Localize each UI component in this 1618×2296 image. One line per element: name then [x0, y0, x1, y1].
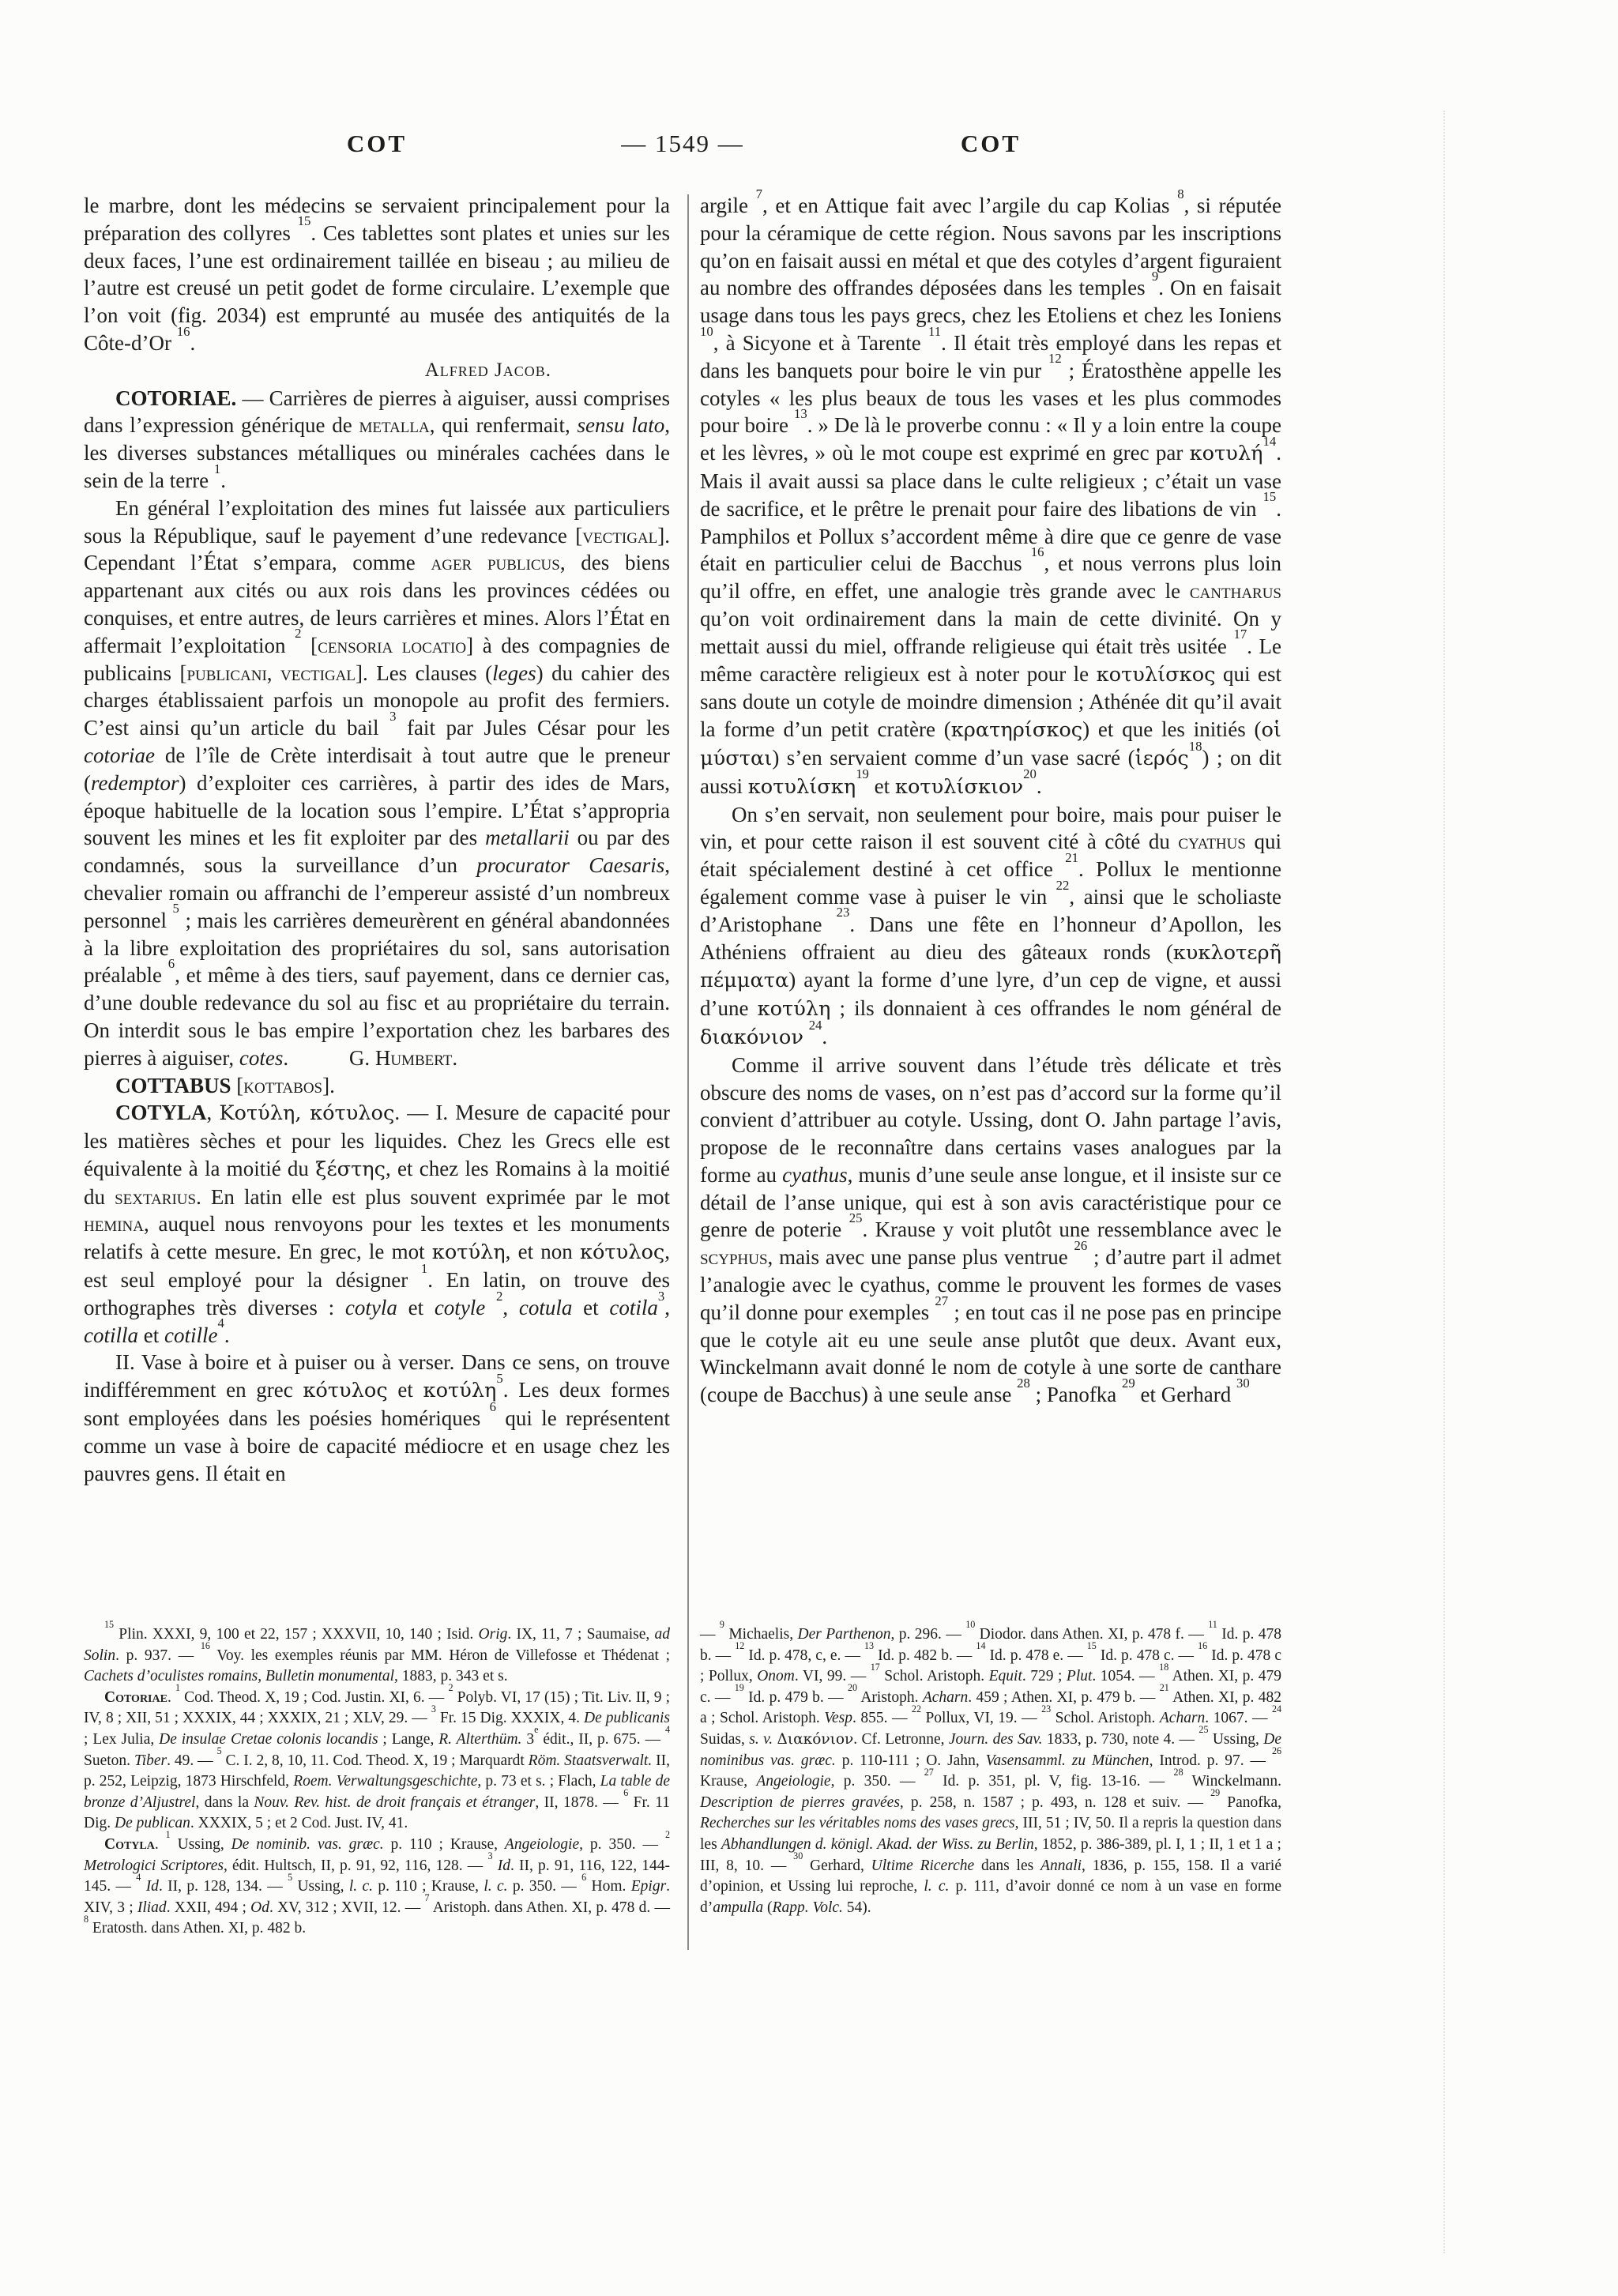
text-segment: Plin. XXXI, 9, 100 et 22, 157 ; XXXVII, … — [114, 1626, 478, 1643]
paragraph: COTTABUS [kottabos]. — [84, 1072, 670, 1100]
text-segment: , Introd. p. 97. — — [1150, 1752, 1272, 1769]
footnote-reference: 1 — [175, 1682, 180, 1693]
text-segment: 54). — [843, 1899, 871, 1916]
text-segment: publicani, vectigal — [186, 661, 356, 685]
text-segment: ( — [763, 1899, 772, 1916]
text-segment: . Krause y voit plutôt une ressemblance … — [862, 1218, 1281, 1241]
footnote-reference: 4 — [136, 1872, 141, 1883]
text-segment: Ussing, — [292, 1878, 349, 1895]
text-segment: , — [664, 1296, 670, 1319]
footnote-reference: 9 — [1152, 269, 1158, 284]
text-segment: Metrologici Scriptores — [84, 1858, 224, 1874]
text-segment: . p. 937. — — [115, 1647, 201, 1664]
text-segment: cyathus — [1178, 830, 1246, 853]
text-segment: κοτύλη — [423, 1379, 497, 1402]
text-segment: , et en Attique fait avec l’argile du ca… — [762, 194, 1177, 217]
text-segment: , p. 73 et s. ; Flach, — [477, 1773, 600, 1790]
text-segment: leges — [492, 661, 536, 685]
text-segment: Ultime Ricerche — [871, 1858, 974, 1874]
text-segment: qu’on voit ordinairement dans la main de… — [700, 607, 1281, 658]
text-segment: De publican — [115, 1815, 190, 1831]
text-segment: Winckelmann. — [1183, 1773, 1281, 1790]
text-segment: Aristoph. dans Athen. XI, p. 478 d. — — [430, 1899, 670, 1916]
footnote-reference: 24 — [809, 1018, 822, 1033]
footnote-reference: 6 — [168, 956, 175, 971]
text-segment: Annali — [1040, 1858, 1082, 1874]
footnote-reference: 21 — [1065, 850, 1078, 865]
text-segment: . XV, 312 ; XVII, 12. — — [269, 1899, 425, 1916]
text-segment: Cod. Theod. X, 19 ; Cod. Justin. XI, 6. … — [180, 1689, 448, 1706]
footnote-reference: 10 — [700, 324, 713, 339]
text-segment: Onom — [757, 1668, 795, 1684]
text-segment: Angeiologie — [756, 1773, 830, 1790]
text-segment: . 855. — — [852, 1710, 912, 1726]
paragraph: II. Vase à boire et à puiser ou à verser… — [84, 1349, 670, 1487]
footnote-reference: 10 — [965, 1619, 975, 1630]
text-segment: Alfred Jacob. — [425, 359, 551, 381]
footnote-reference: 15 — [298, 213, 311, 228]
text-segment: Od — [250, 1899, 269, 1916]
text-segment: ]. Les clauses ( — [356, 661, 492, 685]
text-segment: κοτυλή — [1190, 442, 1263, 465]
text-segment: R. Alterthüm. — [438, 1731, 521, 1748]
footnote-reference: 1 — [214, 461, 220, 476]
running-head-right: COT — [700, 130, 1281, 158]
right-footnotes: — 9 Michaelis, Der Parthenon, p. 296. — … — [700, 1624, 1281, 1918]
footnote-reference: e — [534, 1724, 538, 1735]
text-segment: , et non — [506, 1240, 580, 1263]
text-segment: G. — [349, 1046, 375, 1070]
text-segment: p. 110 ; Krause, — [384, 1836, 505, 1853]
text-segment: vectigal — [582, 524, 657, 548]
text-segment: , p. 350. — — [831, 1773, 924, 1790]
text-segment: . 1054. — — [1092, 1668, 1159, 1684]
text-segment: ) s’en servaient comme d’un vase sacré ( — [772, 746, 1134, 770]
text-segment: Id. p. 351, pl. V, fig. 13-16. — — [934, 1773, 1174, 1790]
text-segment: . XXXIX, 5 ; et 2 Cod. Just. IV, 41. — [190, 1815, 408, 1831]
text-segment: Bulletin monumental — [265, 1668, 394, 1684]
footnote-reference: 13 — [864, 1640, 874, 1651]
footnote-reference: 5 — [173, 901, 179, 916]
footnote-reference: 11 — [1208, 1619, 1217, 1630]
text-segment: metalla — [359, 413, 429, 437]
text-segment: ; Lex Julia, — [84, 1731, 159, 1748]
text-segment: . 459 ; Athen. XI, p. 479 b. — — [968, 1689, 1160, 1706]
footnote-reference: 20 — [848, 1682, 857, 1693]
text-segment: , mais avec une panse plus ventrue — [768, 1245, 1074, 1269]
footnote-reference: 28 — [1174, 1767, 1183, 1778]
text-segment: Tiber — [134, 1752, 167, 1769]
footnote-reference: 7 — [425, 1892, 430, 1903]
text-segment: Id. p. 479 b. — — [744, 1689, 848, 1706]
text-segment: cantharus — [1190, 579, 1281, 603]
footnote-reference: 6 — [581, 1872, 586, 1883]
text-segment: cotyle — [435, 1296, 485, 1319]
footnote-reference: 29 — [1122, 1376, 1135, 1391]
footnote-reference: 24 — [1272, 1703, 1281, 1714]
text-segment: ) et que les initiés ( — [1082, 717, 1261, 741]
footnote-reference: 30 — [793, 1850, 803, 1861]
footnote-reference: 17 — [1233, 627, 1247, 642]
footnote-reference: 23 — [837, 905, 850, 920]
text-segment: . — [155, 1836, 166, 1853]
text-segment: κοτύλη — [432, 1240, 506, 1264]
text-segment: κότυλος — [303, 1379, 387, 1402]
footnote-reference: 3 — [389, 709, 396, 724]
text-segment: , — [258, 1668, 265, 1684]
paragraph: 15 Plin. XXXI, 9, 100 et 22, 157 ; XXXVI… — [84, 1624, 670, 1688]
text-segment: Pollux, VI, 19. — — [921, 1710, 1041, 1726]
text-segment: Röm. Staatsverwalt. — [529, 1752, 653, 1769]
text-segment: , — [207, 1101, 220, 1124]
paragraph: COTYLA, Κοτύλη, κότυλος. — I. Mesure de … — [84, 1099, 670, 1349]
text-segment: argile — [700, 194, 756, 217]
text-segment: Id. p. 482 b. — — [874, 1647, 976, 1664]
text-segment: . — [283, 1046, 294, 1070]
footnote-reference: 12 — [1048, 351, 1062, 366]
text-segment: , II, 1878. — — [535, 1794, 623, 1811]
text-segment: . II, p. 128, 134. — — [159, 1878, 288, 1895]
text-segment: ; Panofka — [1030, 1383, 1122, 1406]
text-segment: ; Lange, — [378, 1731, 439, 1748]
text-segment: Διακόνιον — [777, 1731, 854, 1748]
paragraph: — 9 Michaelis, Der Parthenon, p. 296. — … — [700, 1624, 1281, 1918]
text-segment: cotille — [164, 1323, 217, 1347]
text-segment: et Gerhard — [1135, 1383, 1236, 1406]
text-segment: Journ. des Sav. — [949, 1731, 1043, 1748]
footnote-reference: 16 — [177, 324, 190, 339]
text-segment: édit., II, p. 675. — — [538, 1731, 664, 1748]
footnote-reference: 9 — [720, 1619, 724, 1630]
text-segment: κότυλος — [580, 1240, 664, 1264]
text-segment: cotoriae — [84, 743, 155, 767]
text-segment: Cachets d’oculistes romains — [84, 1668, 258, 1684]
text-segment: Krause, — [700, 1773, 756, 1790]
text-segment: Schol. Aristoph. — [1051, 1710, 1160, 1726]
text-segment: Schol. Aristoph. — [880, 1668, 989, 1684]
text-segment: p. 110-111 ; O. Jahn, — [836, 1752, 986, 1769]
text-segment: Nouv. Rev. hist. de droit français et ét… — [254, 1794, 535, 1811]
footnote-reference: 1 — [166, 1829, 171, 1840]
footnote-reference: 7 — [756, 186, 762, 201]
text-segment: l. c. — [349, 1878, 373, 1895]
text-segment: redemptor — [91, 771, 179, 795]
text-segment: Suidas, — [700, 1731, 749, 1748]
text-segment: cotes — [239, 1046, 283, 1070]
text-segment: Id. p. 478 e. — — [986, 1647, 1087, 1664]
text-segment: , à Sicyone et à Tarente — [713, 331, 928, 355]
text-segment: Angeiologie — [505, 1836, 579, 1853]
footnote-reference: 14 — [1263, 434, 1277, 449]
text-segment: κοτυλίσκη — [748, 775, 856, 799]
footnote-reference: 27 — [935, 1293, 948, 1308]
text-segment: s. v. — [749, 1731, 773, 1748]
text-segment: . — [822, 1025, 827, 1048]
footnote-reference: 22 — [912, 1703, 921, 1714]
paragraph: Cotyla. 1 Ussing, De nominib. vas. græc.… — [84, 1835, 670, 1940]
text-segment: Humbert — [375, 1046, 453, 1070]
footnote-reference: 11 — [928, 324, 941, 339]
footnote-reference: 2 — [496, 1289, 502, 1304]
text-segment: Vesp — [824, 1710, 852, 1726]
text-segment: Hom. — [586, 1878, 631, 1895]
text-segment: Gerhard, — [803, 1858, 871, 1874]
text-segment: Acharn — [923, 1689, 968, 1706]
text-segment: et — [397, 1296, 435, 1319]
footnote-reference: 5 — [496, 1371, 502, 1386]
footnote-reference: 6 — [623, 1787, 628, 1798]
footnote-reference: 16 — [1198, 1640, 1207, 1651]
footnote-reference: 30 — [1236, 1376, 1250, 1391]
text-segment: . — [220, 469, 226, 492]
text-segment: ἱερός — [1135, 747, 1189, 770]
text-segment: [ — [231, 1074, 244, 1097]
text-segment: Roem. Verwaltungsgeschichte — [293, 1773, 477, 1790]
text-segment: , qui renfermait, — [430, 413, 578, 437]
text-segment: ampulla — [713, 1899, 763, 1916]
text-segment: et — [572, 1296, 609, 1319]
text-segment: . Cf. Letronne, — [853, 1731, 949, 1748]
footnote-reference: 13 — [794, 406, 807, 421]
text-segment: Abhandlungen d. königl. Akad. der Wiss. … — [721, 1836, 1034, 1853]
footnote-reference: 8 — [1177, 186, 1183, 201]
text-segment: . — [190, 331, 195, 355]
text-segment: Id — [498, 1858, 510, 1874]
text-segment: , p. 296. — — [891, 1626, 966, 1643]
footnote-reference: 3 — [487, 1850, 492, 1861]
paragraph: COTORIAE. — Carrières de pierres à aigui… — [84, 385, 670, 495]
footnote-reference: 6 — [490, 1399, 496, 1414]
text-segment: cotila — [609, 1296, 658, 1319]
text-segment: Plut — [1067, 1668, 1093, 1684]
text-segment: fait par Jules César pour les — [396, 716, 670, 740]
footnote-reference: 3 — [658, 1289, 664, 1304]
footnote-reference: 23 — [1041, 1703, 1051, 1714]
footnote-reference: 20 — [1023, 766, 1037, 781]
footnote-reference: 26 — [1272, 1745, 1281, 1756]
text-segment: et — [869, 774, 895, 798]
text-segment: De insulae Cretae colonis locandis — [159, 1731, 378, 1748]
paragraph: Comme il arrive souvent dans l’étude trè… — [700, 1052, 1281, 1409]
text-segment — [803, 1025, 809, 1048]
text-segment: cyathus — [782, 1163, 847, 1187]
scan-edge-artifact — [1443, 111, 1445, 2253]
footnote-reference: 16 — [1031, 544, 1044, 559]
footnote-reference: 25 — [1198, 1724, 1208, 1735]
text-segment: . XXII, 494 ; — [167, 1899, 250, 1916]
text-segment: Id. p. 478 c. — — [1097, 1647, 1198, 1664]
footnote-reference: 2 — [295, 626, 301, 641]
text-segment: metallarii — [485, 826, 570, 849]
text-segment: Cotyla — [104, 1836, 155, 1853]
text-segment: Recherches sur les véritables noms des v… — [700, 1815, 1015, 1831]
text-segment: Fr. 15 Dig. XXXIX, 4. — [436, 1710, 584, 1726]
footnote-reference: 27 — [924, 1767, 934, 1778]
text-segment: , dans la — [195, 1794, 254, 1811]
footnote-reference: 1 — [421, 1261, 427, 1276]
text-segment: . 1067. — — [1205, 1710, 1272, 1726]
text-segment: Id. p. 478, c, e. — — [744, 1647, 864, 1664]
footnote-reference: 15 — [104, 1619, 114, 1630]
right-text-column: argile 7, et en Attique fait avec l’argi… — [700, 192, 1281, 1409]
text-segment: Sueton. — [84, 1752, 134, 1769]
text-segment: cotyla — [345, 1296, 397, 1319]
text-segment: hemina — [84, 1212, 144, 1236]
text-segment: De publicanis — [584, 1710, 670, 1726]
text-segment: Vasensamml. zu München — [986, 1752, 1150, 1769]
text-segment: scyphus — [700, 1245, 768, 1269]
text-segment: . VI, 99. — — [795, 1668, 871, 1684]
text-segment: διακόνιον — [700, 1026, 803, 1049]
paragraph: le marbre, dont les médecins se servaien… — [84, 192, 670, 357]
paragraph: Cotoriae. 1 Cod. Theod. X, 19 ; Cod. Jus… — [84, 1688, 670, 1835]
text-segment: . IX, 11, 7 ; Saumaise, — [507, 1626, 654, 1643]
text-segment: . — [452, 1046, 457, 1070]
text-segment: Equit — [989, 1668, 1022, 1684]
text-segment: , p. 350. — — [579, 1836, 665, 1853]
text-segment: sextarius — [115, 1185, 196, 1209]
footnote-reference: 19 — [856, 766, 869, 781]
text-segment: l. c. — [484, 1878, 507, 1895]
text-segment: Eratosth. dans Athen. XI, p. 482 b. — [88, 1920, 306, 1937]
text-segment: κρατηρίσκος — [951, 718, 1082, 742]
footnote-reference: 2 — [665, 1829, 670, 1840]
left-footnotes: 15 Plin. XXXI, 9, 100 et 22, 157 ; XXXVI… — [84, 1624, 670, 1940]
text-segment: et — [138, 1323, 164, 1347]
text-segment: sensu lato — [577, 413, 664, 437]
author-signature: Alfred Jacob. — [84, 357, 670, 385]
text-segment: procurator Caesaris — [476, 853, 664, 877]
text-segment — [485, 1296, 496, 1319]
footnote-reference: 16 — [201, 1640, 210, 1651]
text-segment: ]. — [322, 1074, 335, 1097]
text-segment: De nominib. vas. græc. — [231, 1836, 384, 1853]
footnote-reference: 25 — [849, 1210, 863, 1225]
column-divider-rule — [687, 194, 689, 1950]
dictionary-page: COT — 1549 — COT le marbre, dont les méd… — [0, 0, 1618, 2296]
text-segment: censoria locatio — [318, 634, 466, 657]
paragraph: On s’en servait, non seulement pour boir… — [700, 801, 1281, 1052]
text-segment: , — [502, 1296, 519, 1319]
footnote-reference: 29 — [1210, 1787, 1220, 1798]
footnote-reference: 22 — [1056, 878, 1070, 893]
footnote-reference: 5 — [217, 1745, 222, 1756]
footnote-reference: 2 — [448, 1682, 453, 1693]
text-segment: Rapp. Volc. — [773, 1899, 843, 1916]
left-text-column: le marbre, dont les médecins se servaien… — [84, 192, 670, 1487]
text-segment: Voy. les exemples réunis par MM. Héron d… — [210, 1647, 670, 1664]
text-segment: [ — [302, 634, 318, 657]
text-segment: kottabos — [243, 1074, 322, 1097]
text-segment: ager publicus — [431, 551, 560, 574]
text-segment: κοτυλίσκιον — [895, 775, 1023, 799]
text-segment: 1833, p. 730, note 4. — — [1043, 1731, 1199, 1748]
text-segment: . 729 ; — [1022, 1668, 1067, 1684]
text-segment: ; ils donnaient à ces offrandes le nom g… — [830, 996, 1281, 1020]
text-segment: p. 350. — — [508, 1878, 582, 1895]
footnote-reference: 28 — [1017, 1376, 1030, 1391]
text-segment: . En latin elle est plus souvent exprimé… — [196, 1185, 670, 1209]
paragraph: argile 7, et en Attique fait avec l’argi… — [700, 192, 1281, 801]
text-segment: l. c. — [924, 1878, 949, 1895]
text-segment: et — [388, 1378, 423, 1402]
text-segment: Epigr — [631, 1878, 666, 1895]
footnote-reference: 18 — [1159, 1662, 1168, 1673]
text-segment: Panofka, — [1220, 1794, 1281, 1811]
text-segment: C. I. 2, 8, 10, 11. Cod. Theod. X, 19 ; … — [222, 1752, 529, 1769]
text-segment: Κοτύλη, κότυλος — [219, 1101, 394, 1125]
footnote-reference: 3 — [431, 1703, 436, 1714]
footnote-reference: 26 — [1074, 1238, 1088, 1253]
text-segment: COTTABUS — [115, 1074, 231, 1097]
text-segment: , p. 258, n. 1587 ; p. 493, n. 128 et su… — [900, 1794, 1210, 1811]
text-segment: dans les — [974, 1858, 1040, 1874]
text-segment: COTYLA — [115, 1101, 207, 1124]
text-segment: . 49. — — [167, 1752, 216, 1769]
text-segment: . — [224, 1323, 230, 1347]
footnote-reference: 21 — [1160, 1682, 1169, 1693]
text-segment: Cotoriae — [104, 1689, 167, 1706]
footnote-reference: 4 — [217, 1315, 224, 1331]
text-segment: Id — [146, 1878, 159, 1895]
text-segment: Der Parthenon — [797, 1626, 890, 1643]
footnote-reference: 8 — [84, 1914, 88, 1925]
footnote-reference: 18 — [1189, 739, 1202, 754]
footnote-reference: 15 — [1263, 489, 1277, 504]
text-segment: κοτυλίσκος — [1097, 663, 1216, 687]
footnote-reference: 4 — [665, 1724, 670, 1735]
text-segment: 3 — [521, 1731, 534, 1748]
text-segment: cotula — [519, 1296, 573, 1319]
text-segment: cotilla — [84, 1323, 138, 1347]
text-segment: Orig — [479, 1626, 508, 1643]
text-segment: . — [167, 1689, 175, 1706]
footnote-reference: 17 — [871, 1662, 880, 1673]
text-segment: ξέστης — [315, 1157, 386, 1181]
footnote-reference: 19 — [735, 1682, 744, 1693]
footnote-reference: 5 — [288, 1872, 292, 1883]
footnote-reference: 15 — [1087, 1640, 1097, 1651]
text-segment: Iliad — [137, 1899, 167, 1916]
text-segment: , édit. Hultsch, II, p. 91, 92, 116, 128… — [224, 1858, 488, 1874]
text-segment: Ussing, — [1208, 1731, 1263, 1748]
text-segment: — — [700, 1626, 720, 1643]
text-segment: Ussing, — [171, 1836, 231, 1853]
text-segment: COTORIAE. — [115, 386, 236, 410]
text-segment: . — [1037, 774, 1042, 798]
text-segment: Description de pierres gravées — [700, 1794, 900, 1811]
paragraph: En général l’exploitation des mines fut … — [84, 495, 670, 1072]
footnote-reference: 14 — [976, 1640, 985, 1651]
footnote-reference: 12 — [735, 1640, 744, 1651]
